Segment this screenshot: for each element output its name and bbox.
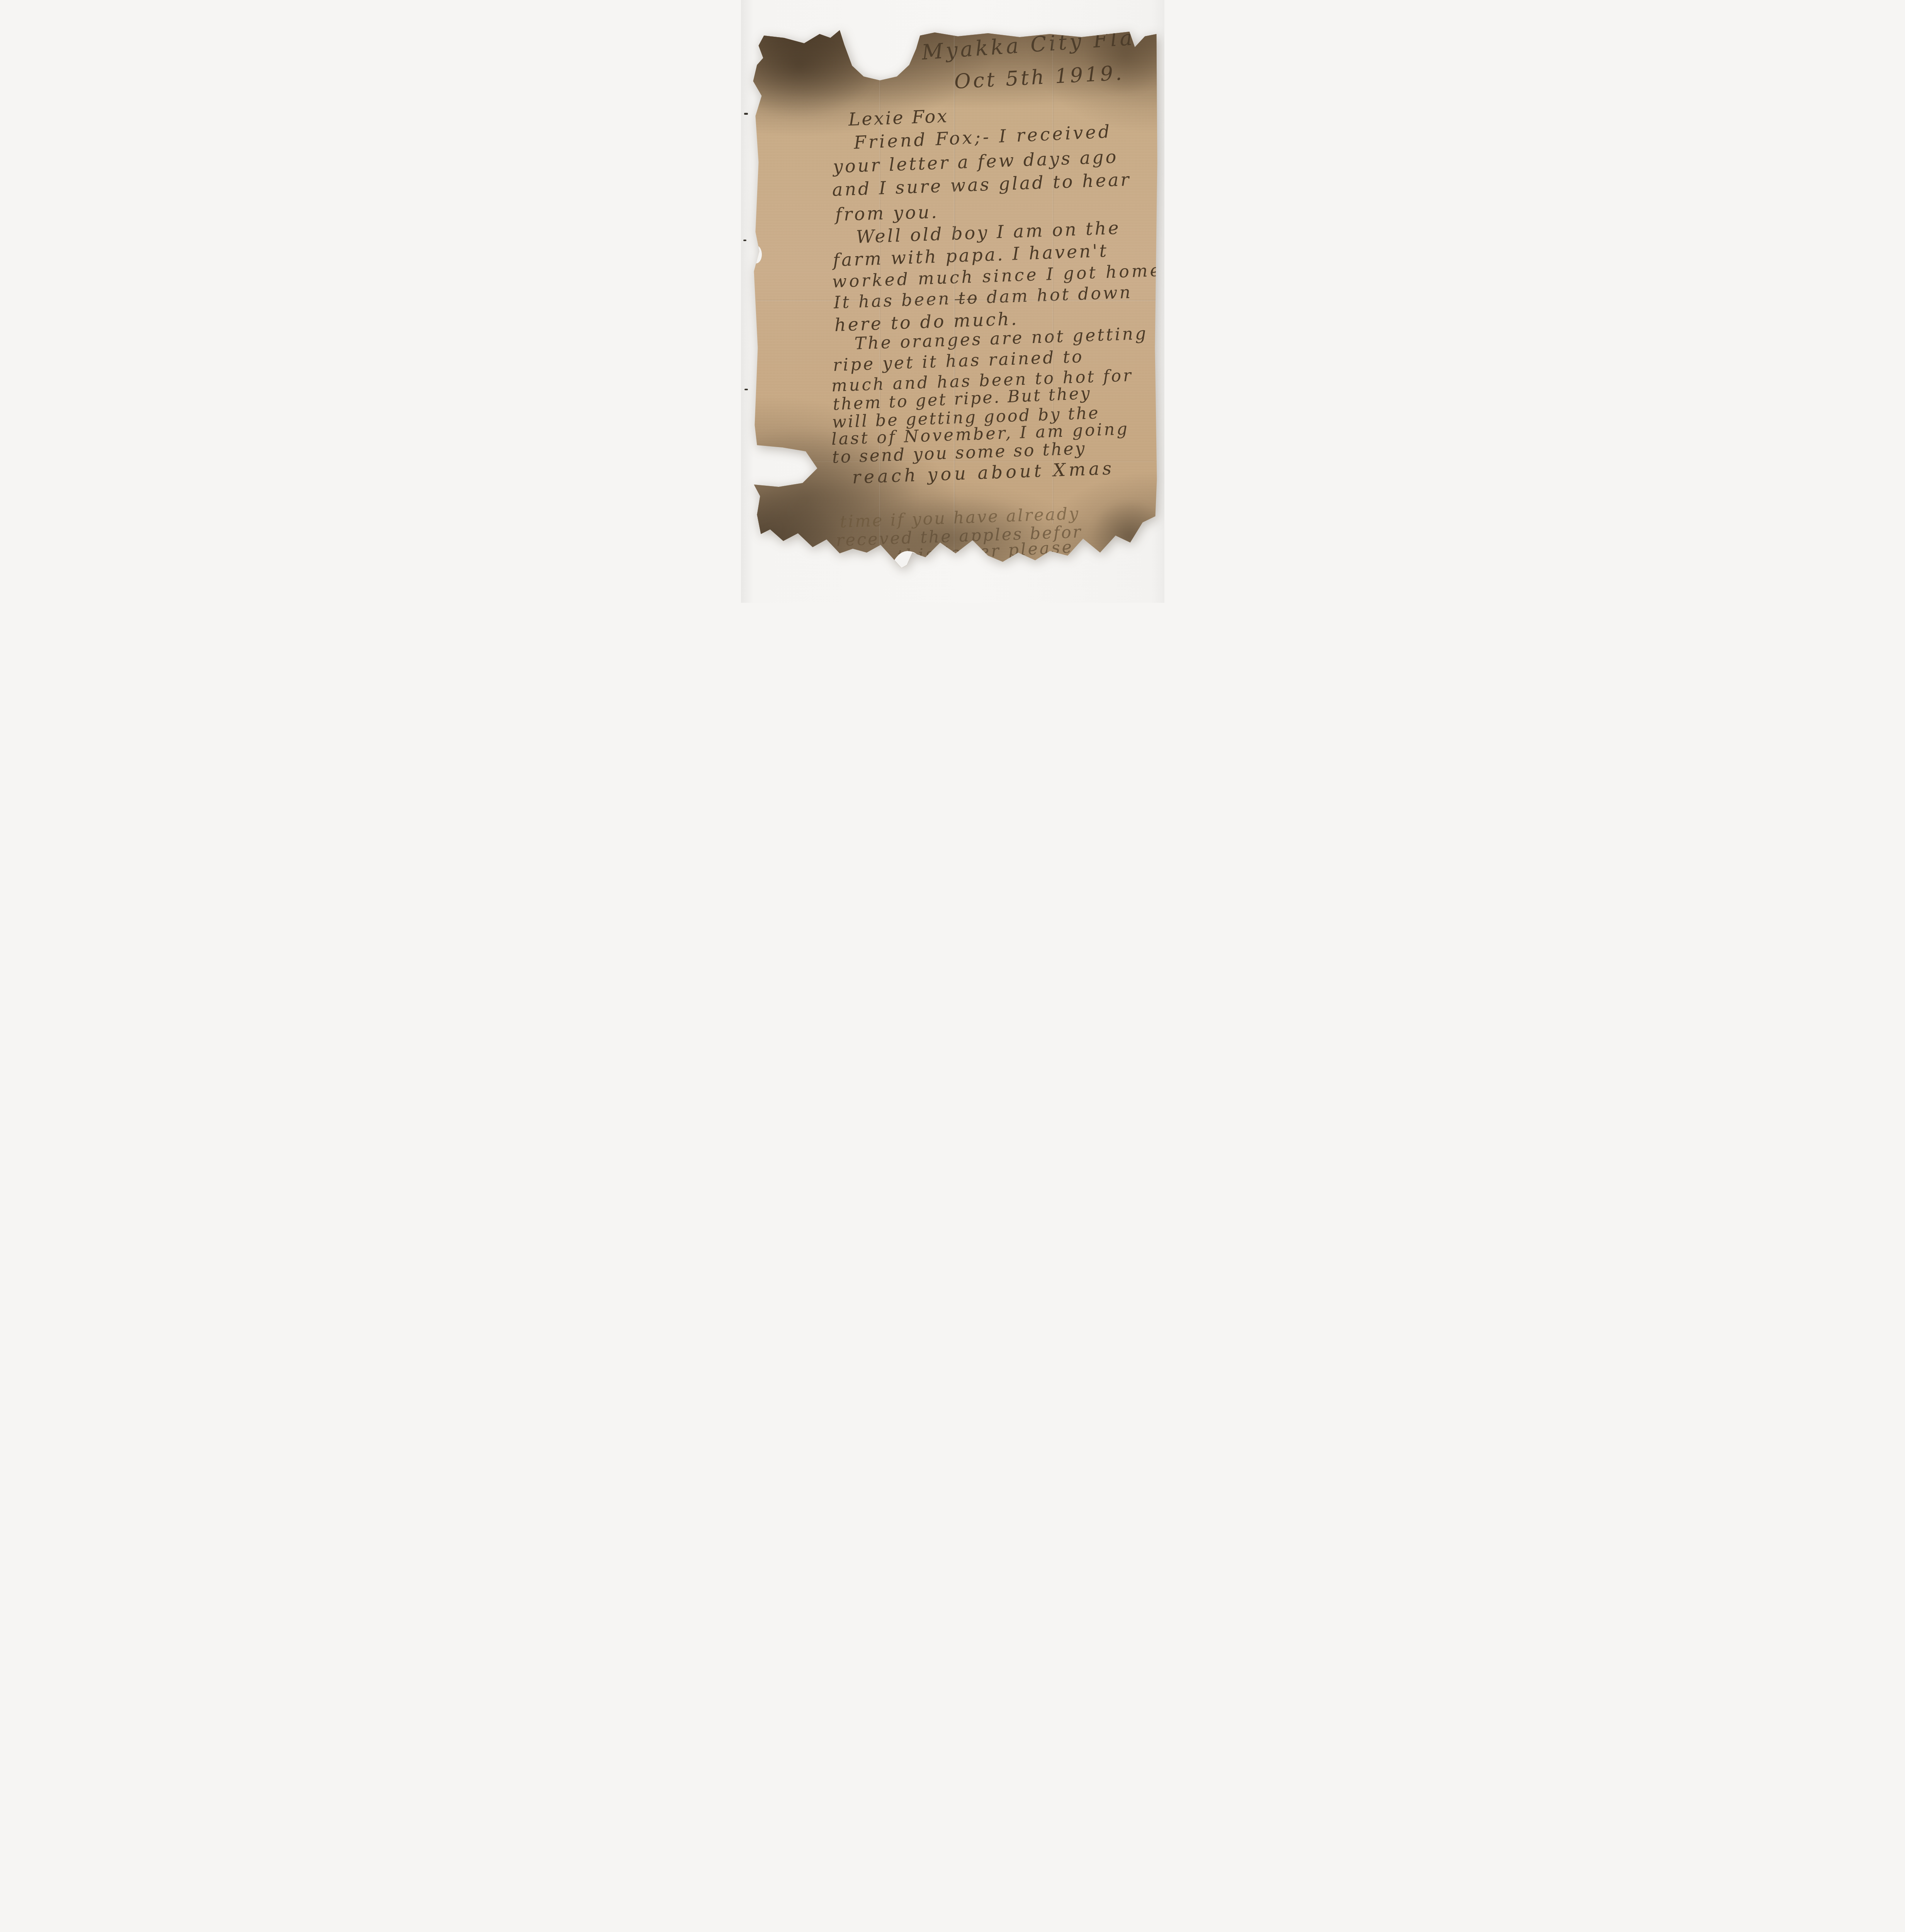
letter-paper-shadow: Myakka City FlaOct 5th 1919.Lexie FoxFri… — [741, 0, 1164, 603]
scan-background: Myakka City FlaOct 5th 1919.Lexie FoxFri… — [741, 0, 1164, 603]
handwritten-line: Myakka City Fla — [921, 26, 1135, 65]
scanner-speck — [744, 113, 748, 115]
scanner-speck — [744, 389, 748, 390]
handwritten-text-block: Myakka City FlaOct 5th 1919.Lexie FoxFri… — [741, 0, 1164, 603]
handwritten-line: Lexie Fox — [848, 105, 949, 130]
handwritten-line: Oct 5th 1919. — [953, 61, 1125, 94]
scanner-speck — [743, 240, 746, 241]
letter-paper: Myakka City FlaOct 5th 1919.Lexie FoxFri… — [741, 0, 1164, 603]
handwritten-line: from you. — [835, 201, 939, 225]
